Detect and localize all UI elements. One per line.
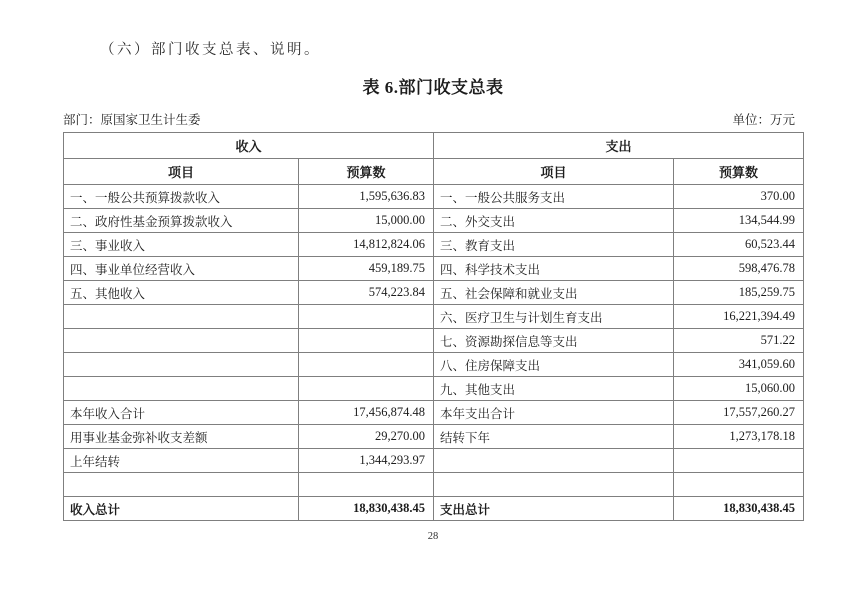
expense-value-cell: 17,557,260.27: [674, 401, 804, 425]
expense-value-cell: 16,221,394.49: [674, 305, 804, 329]
total-row: 收入总计18,830,438.45支出总计18,830,438.45: [64, 497, 804, 521]
expense-value-cell: 571.22: [674, 329, 804, 353]
income-item-cell: 本年收入合计: [64, 401, 299, 425]
income-item-cell: 收入总计: [64, 497, 299, 521]
income-item-cell: 五、其他收入: [64, 281, 299, 305]
income-section-header: 收入: [64, 133, 434, 159]
expense-item-cell: [434, 473, 674, 497]
expense-item-cell: 五、社会保障和就业支出: [434, 281, 674, 305]
income-item-header: 项目: [64, 159, 299, 185]
expense-value-cell: 15,060.00: [674, 377, 804, 401]
expense-item-cell: 三、教育支出: [434, 233, 674, 257]
income-value-cell: [299, 473, 434, 497]
table-row: 六、医疗卫生与计划生育支出16,221,394.49: [64, 305, 804, 329]
page-title: 表 6.部门收支总表: [63, 73, 803, 98]
expense-item-cell: 四、科学技术支出: [434, 257, 674, 281]
meta-row: 部门：原国家卫生计生委 单位：万元: [63, 110, 803, 128]
expenditure-item-header: 项目: [434, 159, 674, 185]
income-value-cell: 1,344,293.97: [299, 449, 434, 473]
table-row: 五、其他收入574,223.84五、社会保障和就业支出185,259.75: [64, 281, 804, 305]
expense-value-cell: 18,830,438.45: [674, 497, 804, 521]
income-value-cell: [299, 305, 434, 329]
document-page: （六）部门收支总表、说明。 表 6.部门收支总表 部门：原国家卫生计生委 单位：…: [0, 0, 866, 591]
expense-item-cell: 二、外交支出: [434, 209, 674, 233]
income-value-cell: 17,456,874.48: [299, 401, 434, 425]
income-item-cell: 一、一般公共预算拨款收入: [64, 185, 299, 209]
income-item-cell: 四、事业单位经营收入: [64, 257, 299, 281]
expense-item-cell: 一、一般公共服务支出: [434, 185, 674, 209]
page-number: 28: [63, 531, 803, 542]
table-row: 九、其他支出15,060.00: [64, 377, 804, 401]
income-value-cell: [299, 353, 434, 377]
expense-value-cell: 341,059.60: [674, 353, 804, 377]
income-value-cell: [299, 377, 434, 401]
expense-value-cell: 185,259.75: [674, 281, 804, 305]
table-body: 一、一般公共预算拨款收入1,595,636.83一、一般公共服务支出370.00…: [64, 185, 804, 521]
income-item-cell: 二、政府性基金预算拨款收入: [64, 209, 299, 233]
expense-item-cell: 八、住房保障支出: [434, 353, 674, 377]
income-item-cell: [64, 353, 299, 377]
expense-value-cell: 60,523.44: [674, 233, 804, 257]
income-item-cell: 用事业基金弥补收支差额: [64, 425, 299, 449]
expense-item-cell: 本年支出合计: [434, 401, 674, 425]
table-row: 一、一般公共预算拨款收入1,595,636.83一、一般公共服务支出370.00: [64, 185, 804, 209]
department-label: 部门：原国家卫生计生委: [63, 110, 201, 128]
expense-value-cell: [674, 449, 804, 473]
income-value-cell: 15,000.00: [299, 209, 434, 233]
table-row: [64, 473, 804, 497]
income-value-cell: 14,812,824.06: [299, 233, 434, 257]
income-budget-header: 预算数: [299, 159, 434, 185]
expense-value-cell: 370.00: [674, 185, 804, 209]
expense-item-cell: [434, 449, 674, 473]
expense-value-cell: [674, 473, 804, 497]
budget-table: 收入 支出 项目 预算数 项目 预算数 一、一般公共预算拨款收入1,595,63…: [63, 132, 804, 521]
expense-item-cell: 六、医疗卫生与计划生育支出: [434, 305, 674, 329]
expense-value-cell: 598,476.78: [674, 257, 804, 281]
table-row: 三、事业收入14,812,824.06三、教育支出60,523.44: [64, 233, 804, 257]
income-item-cell: 上年结转: [64, 449, 299, 473]
income-value-cell: 459,189.75: [299, 257, 434, 281]
income-value-cell: [299, 329, 434, 353]
expense-item-cell: 支出总计: [434, 497, 674, 521]
income-item-cell: [64, 377, 299, 401]
expense-item-cell: 九、其他支出: [434, 377, 674, 401]
table-row: 七、资源勘探信息等支出571.22: [64, 329, 804, 353]
table-row: 本年收入合计17,456,874.48本年支出合计17,557,260.27: [64, 401, 804, 425]
income-value-cell: 18,830,438.45: [299, 497, 434, 521]
expense-value-cell: 1,273,178.18: [674, 425, 804, 449]
income-item-cell: [64, 329, 299, 353]
income-item-cell: 三、事业收入: [64, 233, 299, 257]
income-item-cell: [64, 473, 299, 497]
table-row: 八、住房保障支出341,059.60: [64, 353, 804, 377]
unit-label: 单位：万元: [732, 110, 803, 128]
income-item-cell: [64, 305, 299, 329]
section-header-row: 收入 支出: [64, 133, 804, 159]
expenditure-budget-header: 预算数: [674, 159, 804, 185]
table-row: 四、事业单位经营收入459,189.75四、科学技术支出598,476.78: [64, 257, 804, 281]
section-heading: （六）部门收支总表、说明。: [100, 38, 803, 59]
table-row: 用事业基金弥补收支差额29,270.00结转下年1,273,178.18: [64, 425, 804, 449]
table-row: 上年结转1,344,293.97: [64, 449, 804, 473]
expense-item-cell: 七、资源勘探信息等支出: [434, 329, 674, 353]
table-row: 二、政府性基金预算拨款收入15,000.00二、外交支出134,544.99: [64, 209, 804, 233]
expenditure-section-header: 支出: [434, 133, 804, 159]
column-header-row: 项目 预算数 项目 预算数: [64, 159, 804, 185]
expense-item-cell: 结转下年: [434, 425, 674, 449]
expense-value-cell: 134,544.99: [674, 209, 804, 233]
table-header: 收入 支出 项目 预算数 项目 预算数: [64, 133, 804, 185]
income-value-cell: 1,595,636.83: [299, 185, 434, 209]
income-value-cell: 574,223.84: [299, 281, 434, 305]
income-value-cell: 29,270.00: [299, 425, 434, 449]
